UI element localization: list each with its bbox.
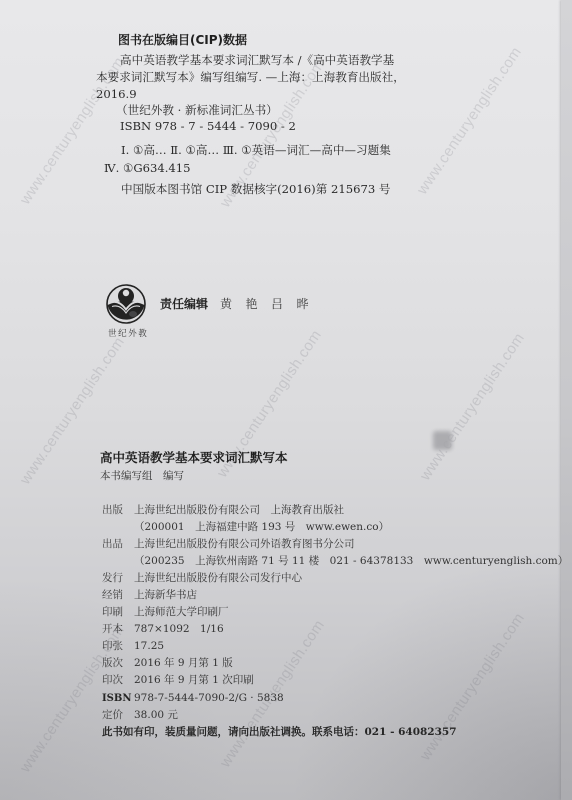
colophon-row-printer: 印刷上海师范大学印刷厂: [102, 604, 568, 621]
editor-name: 艳: [246, 296, 258, 312]
colophon-row-producer: 出品上海世纪出版股份有限公司外语教育图书分公司: [102, 536, 568, 553]
row-value: 38.00 元: [134, 707, 178, 724]
colophon-row-retailer: 经销上海新华书店: [102, 587, 568, 604]
row-value: （200235 上海钦州南路 71 号 11 楼 021 - 64378133 …: [134, 553, 568, 570]
cip-line: 高中英语教学基本要求词汇默写本 /《高中英语教学基: [120, 52, 394, 68]
colophon-row-price: 定价38.00 元: [102, 707, 568, 724]
logo-caption: 世纪外教: [108, 328, 148, 340]
colophon-row-format: 开本787×1092 1/16: [102, 621, 568, 638]
row-value: 2016 年 9 月第 1 次印刷: [134, 672, 254, 689]
row-label: 版次: [102, 655, 134, 672]
cip-line: （世纪外教 · 新标准词汇丛书）: [116, 102, 278, 118]
colophon-row-distribution: 发行上海世纪出版股份有限公司发行中心: [102, 570, 568, 587]
editor-label: 责任编辑: [160, 296, 208, 312]
publisher-logo-icon: [106, 284, 146, 324]
row-value: 978-7-5444-7090-2/G · 5838: [134, 690, 284, 707]
colophon-row-publisher-address: （200001 上海福建中路 193 号 www.ewen.co）: [102, 519, 568, 536]
colophon-row-producer-address: （200235 上海钦州南路 71 号 11 楼 021 - 64378133 …: [102, 553, 568, 570]
cip-record-number: 中国版本图书馆 CIP 数据核字(2016)第 215673 号: [121, 181, 391, 197]
watermark-text: www.centuryenglish.com: [415, 44, 525, 197]
book-author: 本书编写组 编写: [100, 468, 184, 484]
cip-heading: 图书在版编目(CIP)数据: [118, 32, 247, 48]
row-label: 发行: [102, 570, 134, 587]
row-label: 定价: [102, 707, 134, 724]
row-value: 上海世纪出版股份有限公司 上海教育出版社: [134, 502, 344, 519]
row-value: 787×1092 1/16: [134, 621, 224, 638]
row-label: 出版: [102, 502, 134, 519]
quality-notice: 此书如有印，装质量问题，请向出版社调换。联系电话：021 - 64082357: [102, 724, 568, 741]
row-label: 印张: [102, 638, 134, 655]
colophon-row-edition: 版次2016 年 9 月第 1 版: [102, 655, 568, 672]
row-label: 印刷: [102, 604, 134, 621]
watermark-text: www.centuryenglish.com: [418, 330, 528, 483]
colophon-table: 出版上海世纪出版股份有限公司 上海教育出版社 （200001 上海福建中路 19…: [102, 502, 568, 741]
colophon-row-printing: 印次2016 年 9 月第 1 次印刷: [102, 672, 568, 689]
editor-name: 吕: [271, 296, 283, 312]
row-value: 上海师范大学印刷厂: [134, 604, 229, 621]
colophon-row-isbn: ISBN978-7-5444-7090-2/G · 5838: [102, 690, 568, 707]
row-value: （200001 上海福建中路 193 号 www.ewen.co）: [134, 519, 389, 536]
cip-subject-line: Ⅰ. ①高… Ⅱ. ①高… Ⅲ. ①英语—词汇—高中—习题集: [121, 142, 391, 158]
row-value: 上海新华书店: [134, 587, 197, 604]
editor-name: 晔: [297, 296, 309, 312]
row-label: 印次: [102, 672, 134, 689]
colophon-row-sheets: 印张17.25: [102, 638, 568, 655]
row-label: 经销: [102, 587, 134, 604]
colophon-row-publisher: 出版上海世纪出版股份有限公司 上海教育出版社: [102, 502, 568, 519]
row-value: 上海世纪出版股份有限公司外语教育图书分公司: [134, 536, 355, 553]
row-value: 2016 年 9 月第 1 版: [134, 655, 233, 672]
row-label: 开本: [102, 621, 134, 638]
book-title: 高中英语教学基本要求词汇默写本: [100, 450, 288, 466]
row-label: ISBN: [102, 690, 134, 707]
row-value: 上海世纪出版股份有限公司发行中心: [134, 570, 302, 587]
ink-smudge: [433, 431, 452, 450]
cip-line: 2016.9: [96, 86, 137, 102]
cip-isbn-line: ISBN 978 - 7 - 5444 - 7090 - 2: [120, 118, 296, 134]
cip-classification-line: Ⅳ. ①G634.415: [104, 160, 191, 176]
cip-line: 本要求词汇默写本》编写组编写. —上海：上海教育出版社，: [96, 69, 405, 85]
row-label: 出品: [102, 536, 134, 553]
editor-name: 黄: [220, 296, 232, 312]
copyright-page: www.centuryenglish.com www.centuryenglis…: [0, 0, 572, 800]
row-value: 17.25: [134, 638, 164, 655]
editor-names: 黄 艳 吕 晔: [220, 296, 309, 312]
